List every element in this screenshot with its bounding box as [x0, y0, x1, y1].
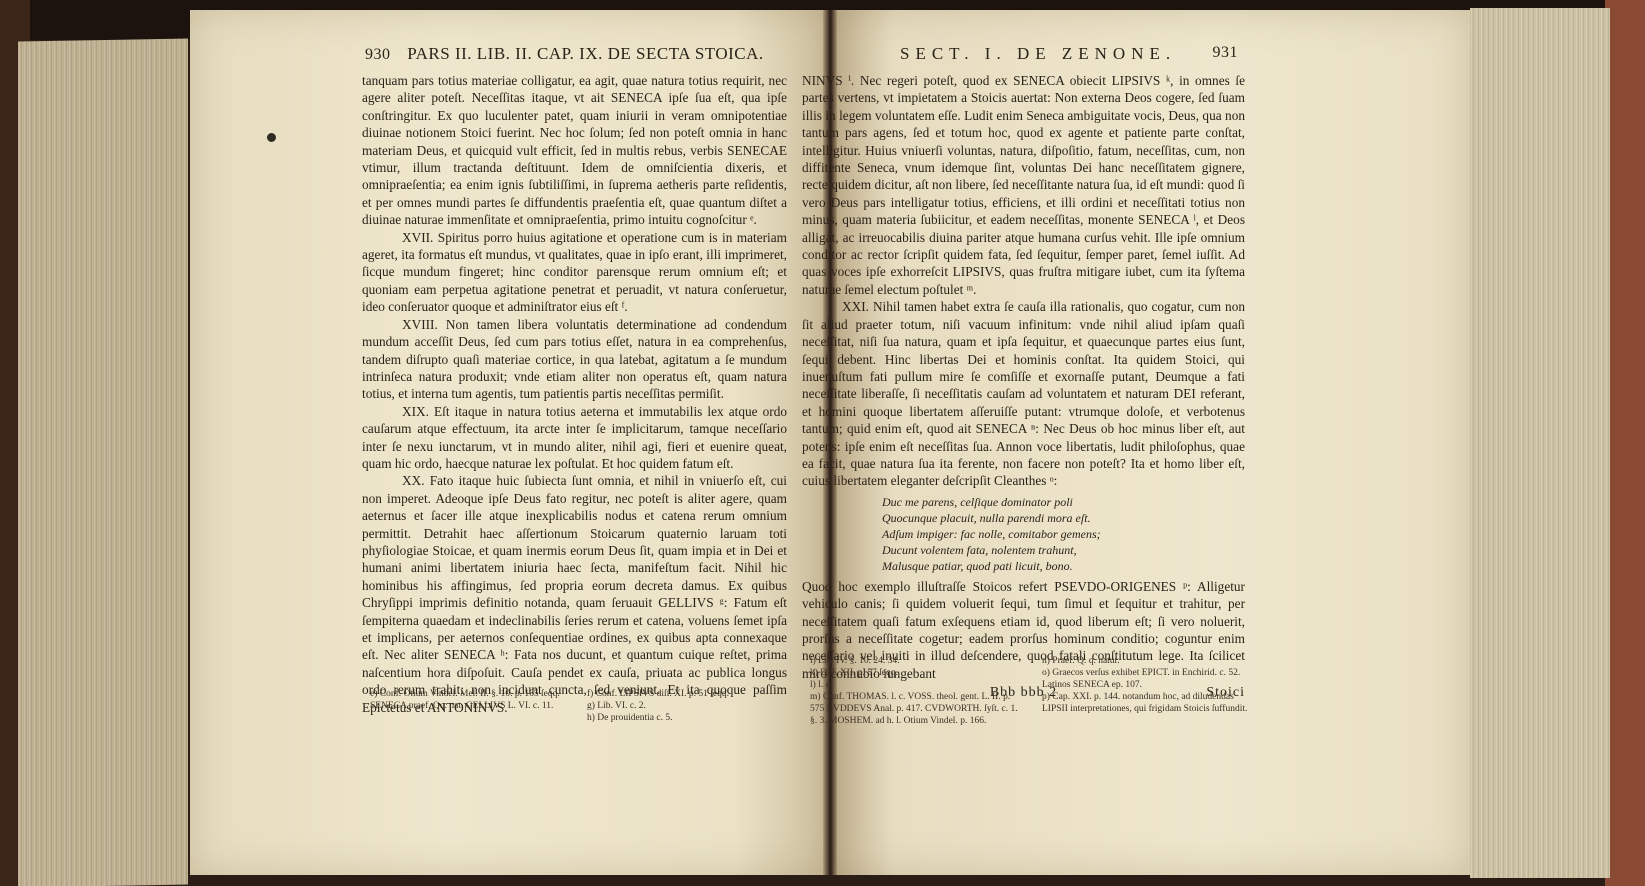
right-body: NINVS ⁱ. Nec regeri poteſt, quod ex SENE…	[802, 72, 1245, 702]
right-running-title: SECT. I. DE ZENONE.	[900, 44, 1176, 64]
left-page-number: 930	[365, 46, 391, 63]
right-footnotes-col1: i) Lib. IV. §. 10. 24. 34. k) Diſſ. XII.…	[810, 655, 1018, 727]
left-paragraph-xvii: XVII. Spiritus porro huius agitatione et…	[362, 229, 787, 316]
left-running-title: PARS II. LIB. II. CAP. IX. DE SECTA STOI…	[407, 44, 763, 63]
footnote: p) Cap. XXI. p. 144. notandum hoc, ad di…	[1042, 691, 1250, 715]
footnote: o) Graecos verſus exhibet EPICT. in Ench…	[1042, 667, 1250, 691]
right-paragraph-xxi: XXI. Nihil tamen habet extra ſe cauſa il…	[802, 298, 1245, 489]
footnote: h) De prouidentia c. 5.	[587, 712, 780, 724]
left-paragraph-xix: XIX. Eſt itaque in natura totius aeterna…	[362, 403, 787, 473]
left-footnotes-col2: f) Conf. LIPSIVS diſſ. XI. p. 51 ſeqq. g…	[587, 688, 780, 724]
left-footnotes: e) Conf. Otium Vindel. Mel. II. §. 10. p…	[370, 688, 780, 724]
footnote: f) Conf. LIPSIVS diſſ. XI. p. 51 ſeqq.	[587, 688, 780, 700]
footnote: k) Diſſ. XII. p. 57 ſeqq.	[810, 667, 1018, 679]
verse-line: Adſum impiger: fac nolle, comitabor geme…	[882, 526, 1245, 542]
right-footnotes: i) Lib. IV. §. 10. 24. 34. k) Diſſ. XII.…	[810, 655, 1250, 727]
left-running-head: 930 PARS II. LIB. II. CAP. IX. DE SECTA …	[365, 44, 764, 64]
footnote: n) Praef. Q. q. natur.	[1042, 655, 1250, 667]
footnote: g) Lib. VI. c. 2.	[587, 700, 780, 712]
verse-line: Duc me parens, celſique dominator poli	[882, 494, 1245, 510]
right-paragraph: NINVS ⁱ. Nec regeri poteſt, quod ex SENE…	[802, 72, 1245, 298]
left-paragraph-xviii: XVIII. Non tamen libera voluntatis deter…	[362, 316, 787, 403]
verse-line: Malusque patiar, quod pati licuit, bono.	[882, 558, 1245, 574]
left-paragraph-xx: XX. Fato itaque huic ſubiecta ſunt omnia…	[362, 472, 787, 716]
left-paragraph: tanquam pars totius materiae colligatur,…	[362, 72, 787, 229]
left-body: tanquam pars totius materiae colligatur,…	[362, 72, 787, 716]
footnote: m) Conf. THOMAS. l. c. VOSS. theol. gent…	[810, 691, 1018, 727]
footnote: e) Conf. Otium Vindel. Mel. II. §. 10. p…	[370, 688, 563, 712]
book-cover-edge	[1605, 0, 1645, 886]
cleanthes-verse: Duc me parens, celſique dominator poli Q…	[882, 494, 1245, 574]
ink-mark	[267, 133, 276, 142]
footnote: i) Lib. IV. §. 10. 24. 34.	[810, 655, 1018, 667]
left-page-stack	[18, 39, 188, 886]
left-footnotes-col1: e) Conf. Otium Vindel. Mel. II. §. 10. p…	[370, 688, 563, 724]
right-footnotes-col2: n) Praef. Q. q. natur. o) Graecos verſus…	[1042, 655, 1250, 727]
footnote: l) l. c.	[810, 679, 1018, 691]
verse-line: Ducunt volentem fata, nolentem trahunt,	[882, 542, 1245, 558]
right-page-number: 931	[1213, 44, 1239, 64]
verse-line: Quocunque placuit, nulla parendi mora eſ…	[882, 510, 1245, 526]
right-page-stack	[1470, 8, 1610, 878]
right-running-head: SECT. I. DE ZENONE. 931	[900, 44, 1250, 64]
